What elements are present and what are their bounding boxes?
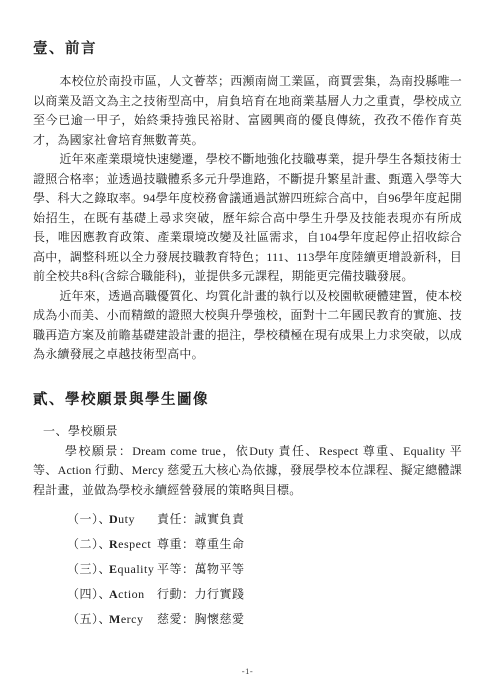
core-value-english-rest: ercy: [121, 612, 144, 626]
core-value-chinese: 責任：誠實負責: [157, 512, 245, 526]
core-value-chinese: 平等：萬物平等: [157, 562, 245, 576]
subsection-school-vision-title: 一、學校願景: [43, 423, 462, 440]
list-item-marker: （三）、: [67, 562, 109, 576]
core-value-item-action: （四）、Action行動：力行實踐: [67, 587, 462, 601]
list-item-marker: （四）、: [67, 587, 109, 601]
core-value-initial: A: [109, 587, 118, 601]
document-page: 壹、前言 本校位於南投市區，人文薈萃；西瀕南崗工業區，商賈雲集，為南投縣唯一以商…: [0, 0, 495, 700]
core-value-chinese: 慈愛：胸懷慈愛: [157, 612, 245, 626]
list-item-marker: （一）、: [67, 512, 109, 526]
core-value-english-rest: quality: [118, 562, 155, 576]
core-values-list: （一）、Duty責任：誠實負責 （二）、Respect尊重：尊重生命 （三）、E…: [67, 512, 462, 626]
list-item-marker: （五）、: [67, 612, 109, 626]
core-value-item-duty: （一）、Duty責任：誠實負責: [67, 512, 462, 526]
core-value-item-equality: （三）、Equality平等：萬物平等: [67, 562, 462, 576]
core-value-initial: M: [109, 612, 121, 626]
core-value-initial: R: [109, 537, 118, 551]
preface-paragraph-1: 本校位於南投市區，人文薈萃；西瀕南崗工業區，商賈雲集，為南投縣唯一以商業及語文為…: [33, 72, 462, 150]
core-value-chinese: 行動：力行實踐: [157, 587, 245, 601]
core-value-chinese: 尊重：尊重生命: [157, 537, 245, 551]
core-value-initial: D: [109, 512, 118, 526]
section-vision-heading: 貳、學校願景與學生圖像: [33, 391, 462, 409]
section-preface-heading: 壹、前言: [33, 40, 462, 58]
vision-description-paragraph: 學校願景：Dream come true，依Duty 責任、Respect 尊重…: [33, 442, 462, 501]
core-value-english: Mercy: [109, 612, 157, 626]
core-value-english: Duty: [109, 512, 157, 526]
core-value-english-rest: ction: [118, 587, 145, 601]
list-item-marker: （二）、: [67, 537, 109, 551]
page-number: -1-: [0, 666, 495, 676]
core-value-english-rest: espect: [118, 537, 151, 551]
core-value-english: Respect: [109, 537, 157, 551]
core-value-english-rest: uty: [118, 512, 135, 526]
preface-paragraph-2: 近年來產業環境快速變遷，學校不斷地強化技職專業，提升學生各類技術士證照合格率；並…: [33, 150, 462, 287]
core-value-item-respect: （二）、Respect尊重：尊重生命: [67, 537, 462, 551]
core-value-english: Action: [109, 587, 157, 601]
core-value-english: Equality: [109, 562, 157, 576]
preface-paragraph-3: 近年來，透過高職優質化、均質化計畫的執行以及校園軟硬體建置，使本校成為小而美、小…: [33, 287, 462, 365]
core-value-initial: E: [109, 562, 118, 576]
core-value-item-mercy: （五）、Mercy慈愛：胸懷慈愛: [67, 612, 462, 626]
